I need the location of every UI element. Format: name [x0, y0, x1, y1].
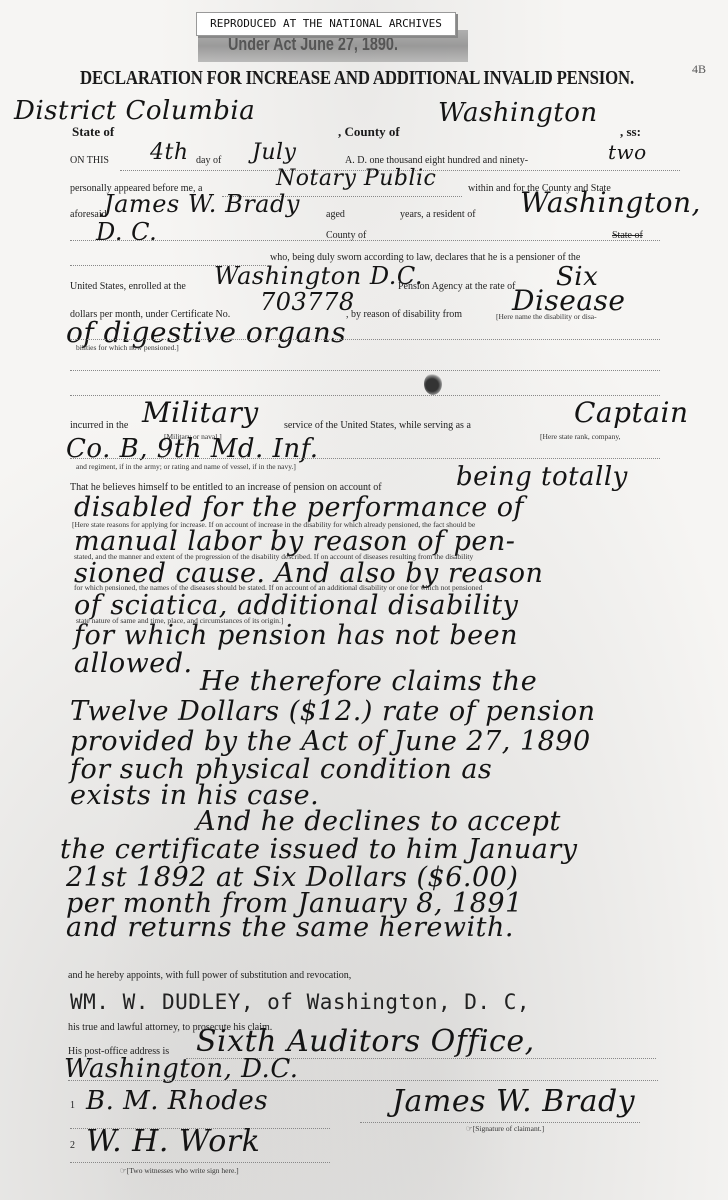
agency-value: Washington D.C.	[214, 262, 423, 290]
claimant-name-value: James W. Brady	[104, 190, 300, 218]
month-value: July	[252, 140, 296, 165]
witness-2-number: 2	[70, 1140, 75, 1151]
year-value: two	[608, 140, 647, 164]
certificate-value: 703778	[260, 288, 355, 316]
reason-line-1: being totally	[456, 462, 628, 492]
officer-value: Notary Public	[276, 166, 436, 191]
reason-line-17: and returns the same herewith.	[66, 912, 514, 943]
reason-line-10: provided by the Act of June 27, 1890	[70, 726, 591, 757]
service-suffix: service of the United States, while serv…	[284, 420, 471, 431]
archive-stamp: REPRODUCED AT THE NATIONAL ARCHIVES	[196, 12, 456, 36]
rank-value: Captain	[574, 396, 688, 429]
county-value: Washington	[438, 98, 598, 128]
disability-hint-2: bilities for which now pensioned.]	[76, 343, 179, 352]
ad-text: A. D. one thousand eight hundred and nin…	[345, 155, 528, 166]
service-value: Military	[142, 396, 259, 429]
reason-text: , by reason of disability from	[346, 309, 462, 320]
county-label: , County of	[338, 124, 400, 140]
state-label: State of	[72, 124, 114, 140]
witness-1-number: 1	[70, 1100, 75, 1111]
document-title: DECLARATION FOR INCREASE AND ADDITIONAL …	[80, 68, 634, 90]
claimant-signature: James W. Brady	[392, 1084, 635, 1119]
state-of-label: State of	[612, 230, 643, 241]
attorney-name: WM. W. DUDLEY, of Washington, D. C,	[70, 990, 530, 1014]
years-text: years, a resident of	[400, 209, 476, 220]
residence-value: Washington,	[520, 186, 701, 219]
reason-line-7: allowed.	[74, 648, 193, 679]
witness-2-signature: W. H. Work	[86, 1124, 260, 1159]
incurred-text: incurred in the	[70, 420, 128, 431]
witness-1-signature: B. M. Rhodes	[86, 1086, 268, 1116]
ss-label: , ss:	[620, 124, 641, 140]
margin-mark: 4B	[692, 62, 706, 77]
claimant-signature-hint: ☞[Signature of claimant.]	[466, 1124, 544, 1133]
ink-blot	[424, 373, 442, 395]
residence-cont: D. C.	[96, 218, 157, 246]
reason-line-13: And he declines to accept	[196, 806, 561, 837]
reason-line-9: Twelve Dollars ($12.) rate of pension	[70, 696, 596, 727]
company-value: Co. B, 9th Md. Inf.	[66, 434, 319, 464]
aged-label: aged	[326, 209, 345, 220]
on-this-label: ON THIS	[70, 155, 109, 166]
reason-line-2: disabled for the performance of	[74, 492, 524, 523]
witness-hint: ☞[Two witnesses who write sign here.]	[120, 1166, 239, 1175]
act-stamp: Under Act June 27, 1890.	[228, 34, 388, 55]
company-hint: and regiment, if in the army; or rating …	[76, 462, 296, 471]
enrolled-text: United States, enrolled at the	[70, 281, 186, 292]
reason-line-14: the certificate issued to him January	[60, 834, 578, 865]
rank-hint: [Here state rank, company,	[540, 432, 621, 441]
reason-line-8: He therefore claims the	[200, 666, 537, 697]
pension-declaration-page: Under Act June 27, 1890. REPRODUCED AT T…	[0, 0, 728, 1200]
day-value: 4th	[150, 140, 189, 165]
state-value: District Columbia	[14, 96, 255, 126]
reason-line-6: for which pension has not been	[74, 620, 518, 651]
county-of-label: County of	[326, 230, 366, 241]
agency-suffix: Pension Agency at the rate of	[398, 281, 515, 292]
disability-hint-1: [Here name the disability or disa-	[496, 312, 597, 321]
appoints-text: and he hereby appoints, with full power …	[68, 970, 351, 981]
day-of-label: day of	[196, 155, 221, 166]
